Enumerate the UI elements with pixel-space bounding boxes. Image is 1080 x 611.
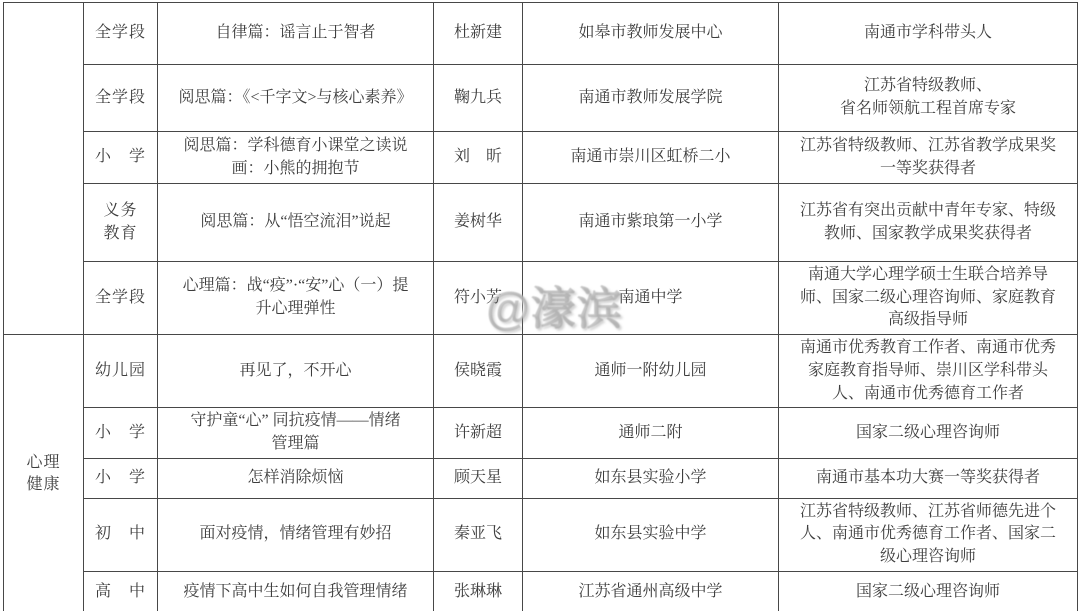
name-cell: 侯晓霞 xyxy=(434,335,523,408)
title-cell: 面对疫情，情绪管理有妙招 xyxy=(158,498,434,571)
stage-cell: 全学段 xyxy=(84,262,158,335)
credentials-cell: 江苏省特级教师、江苏省师德先进个 人、南通市优秀德育工作者、国家二 级心理咨询师 xyxy=(779,498,1078,571)
school-cell: 如皋市教师发展中心 xyxy=(523,3,779,65)
title-cell: 阅思篇：学科德育小课堂之读说 画：小熊的拥抱节 xyxy=(158,132,434,184)
name-cell: 鞠九兵 xyxy=(434,65,523,132)
stage-cell: 小 学 xyxy=(84,408,158,458)
credentials-cell: 江苏省有突出贡献中青年专家、特级 教师、国家教学成果奖获得者 xyxy=(779,184,1078,262)
name-cell: 杜新建 xyxy=(434,3,523,65)
title-cell: 阅思篇：从“悟空流泪”说起 xyxy=(158,184,434,262)
school-cell: 通师一附幼儿园 xyxy=(523,335,779,408)
credentials-cell: 南通大学心理学硕士生联合培养导 师、国家二级心理咨询师、家庭教育 高级指导师 xyxy=(779,262,1078,335)
stage-cell: 全学段 xyxy=(84,65,158,132)
name-cell: 秦亚飞 xyxy=(434,498,523,571)
stage-cell: 初 中 xyxy=(84,498,158,571)
resource-table: 全学段 自律篇：谣言止于智者 杜新建 如皋市教师发展中心 南通市学科带头人 全学… xyxy=(3,2,1078,611)
credentials-cell: 江苏省特级教师、 省名师领航工程首席专家 xyxy=(779,65,1078,132)
title-cell: 自律篇：谣言止于智者 xyxy=(158,3,434,65)
school-cell: 南通市教师发展学院 xyxy=(523,65,779,132)
school-cell: 如东县实验中学 xyxy=(523,498,779,571)
name-cell: 刘 昕 xyxy=(434,132,523,184)
table-row: 小 学 怎样消除烦恼 顾天星 如东县实验小学 南通市基本功大赛一等奖获得者 xyxy=(4,458,1078,498)
document-page: 全学段 自律篇：谣言止于智者 杜新建 如皋市教师发展中心 南通市学科带头人 全学… xyxy=(0,0,1080,611)
stage-cell: 全学段 xyxy=(84,3,158,65)
credentials-cell: 江苏省特级教师、江苏省教学成果奖 一等奖获得者 xyxy=(779,132,1078,184)
table-row: 小 学 阅思篇：学科德育小课堂之读说 画：小熊的拥抱节 刘 昕 南通市崇川区虹桥… xyxy=(4,132,1078,184)
school-cell: 通师二附 xyxy=(523,408,779,458)
credentials-cell: 南通市基本功大赛一等奖获得者 xyxy=(779,458,1078,498)
table-row: 心理 健康 幼儿园 再见了，不开心 侯晓霞 通师一附幼儿园 南通市优秀教育工作者… xyxy=(4,335,1078,408)
table-row: 全学段 心理篇：战“疫”·“安”心（一）提 升心理弹性 符小芳 南通中学 南通大… xyxy=(4,262,1078,335)
school-cell: 南通中学 xyxy=(523,262,779,335)
name-cell: 符小芳 xyxy=(434,262,523,335)
title-cell: 疫情下高中生如何自我管理情绪 xyxy=(158,571,434,611)
name-cell: 张琳琳 xyxy=(434,571,523,611)
school-cell: 江苏省通州高级中学 xyxy=(523,571,779,611)
stage-cell: 高 中 xyxy=(84,571,158,611)
credentials-cell: 南通市优秀教育工作者、南通市优秀 家庭教育指导师、崇川区学科带头 人、南通市优秀… xyxy=(779,335,1078,408)
credentials-cell: 南通市学科带头人 xyxy=(779,3,1078,65)
title-cell: 怎样消除烦恼 xyxy=(158,458,434,498)
category-cell xyxy=(4,3,84,335)
stage-cell: 义务 教育 xyxy=(84,184,158,262)
table-row: 高 中 疫情下高中生如何自我管理情绪 张琳琳 江苏省通州高级中学 国家二级心理咨… xyxy=(4,571,1078,611)
title-cell: 守护童“心” 同抗疫情——情绪 管理篇 xyxy=(158,408,434,458)
school-cell: 南通市紫琅第一小学 xyxy=(523,184,779,262)
title-cell: 再见了，不开心 xyxy=(158,335,434,408)
school-cell: 如东县实验小学 xyxy=(523,458,779,498)
category-cell: 心理 健康 xyxy=(4,335,84,611)
title-cell: 阅思篇：《<千字文>与核心素养》 xyxy=(158,65,434,132)
stage-cell: 小 学 xyxy=(84,132,158,184)
title-cell: 心理篇：战“疫”·“安”心（一）提 升心理弹性 xyxy=(158,262,434,335)
table-row: 全学段 阅思篇：《<千字文>与核心素养》 鞠九兵 南通市教师发展学院 江苏省特级… xyxy=(4,65,1078,132)
name-cell: 许新超 xyxy=(434,408,523,458)
stage-cell: 幼儿园 xyxy=(84,335,158,408)
credentials-cell: 国家二级心理咨询师 xyxy=(779,571,1078,611)
table-row: 义务 教育 阅思篇：从“悟空流泪”说起 姜树华 南通市紫琅第一小学 江苏省有突出… xyxy=(4,184,1078,262)
stage-cell: 小 学 xyxy=(84,458,158,498)
name-cell: 姜树华 xyxy=(434,184,523,262)
table-row: 初 中 面对疫情，情绪管理有妙招 秦亚飞 如东县实验中学 江苏省特级教师、江苏省… xyxy=(4,498,1078,571)
school-cell: 南通市崇川区虹桥二小 xyxy=(523,132,779,184)
table-row: 全学段 自律篇：谣言止于智者 杜新建 如皋市教师发展中心 南通市学科带头人 xyxy=(4,3,1078,65)
credentials-cell: 国家二级心理咨询师 xyxy=(779,408,1078,458)
table-row: 小 学 守护童“心” 同抗疫情——情绪 管理篇 许新超 通师二附 国家二级心理咨… xyxy=(4,408,1078,458)
name-cell: 顾天星 xyxy=(434,458,523,498)
